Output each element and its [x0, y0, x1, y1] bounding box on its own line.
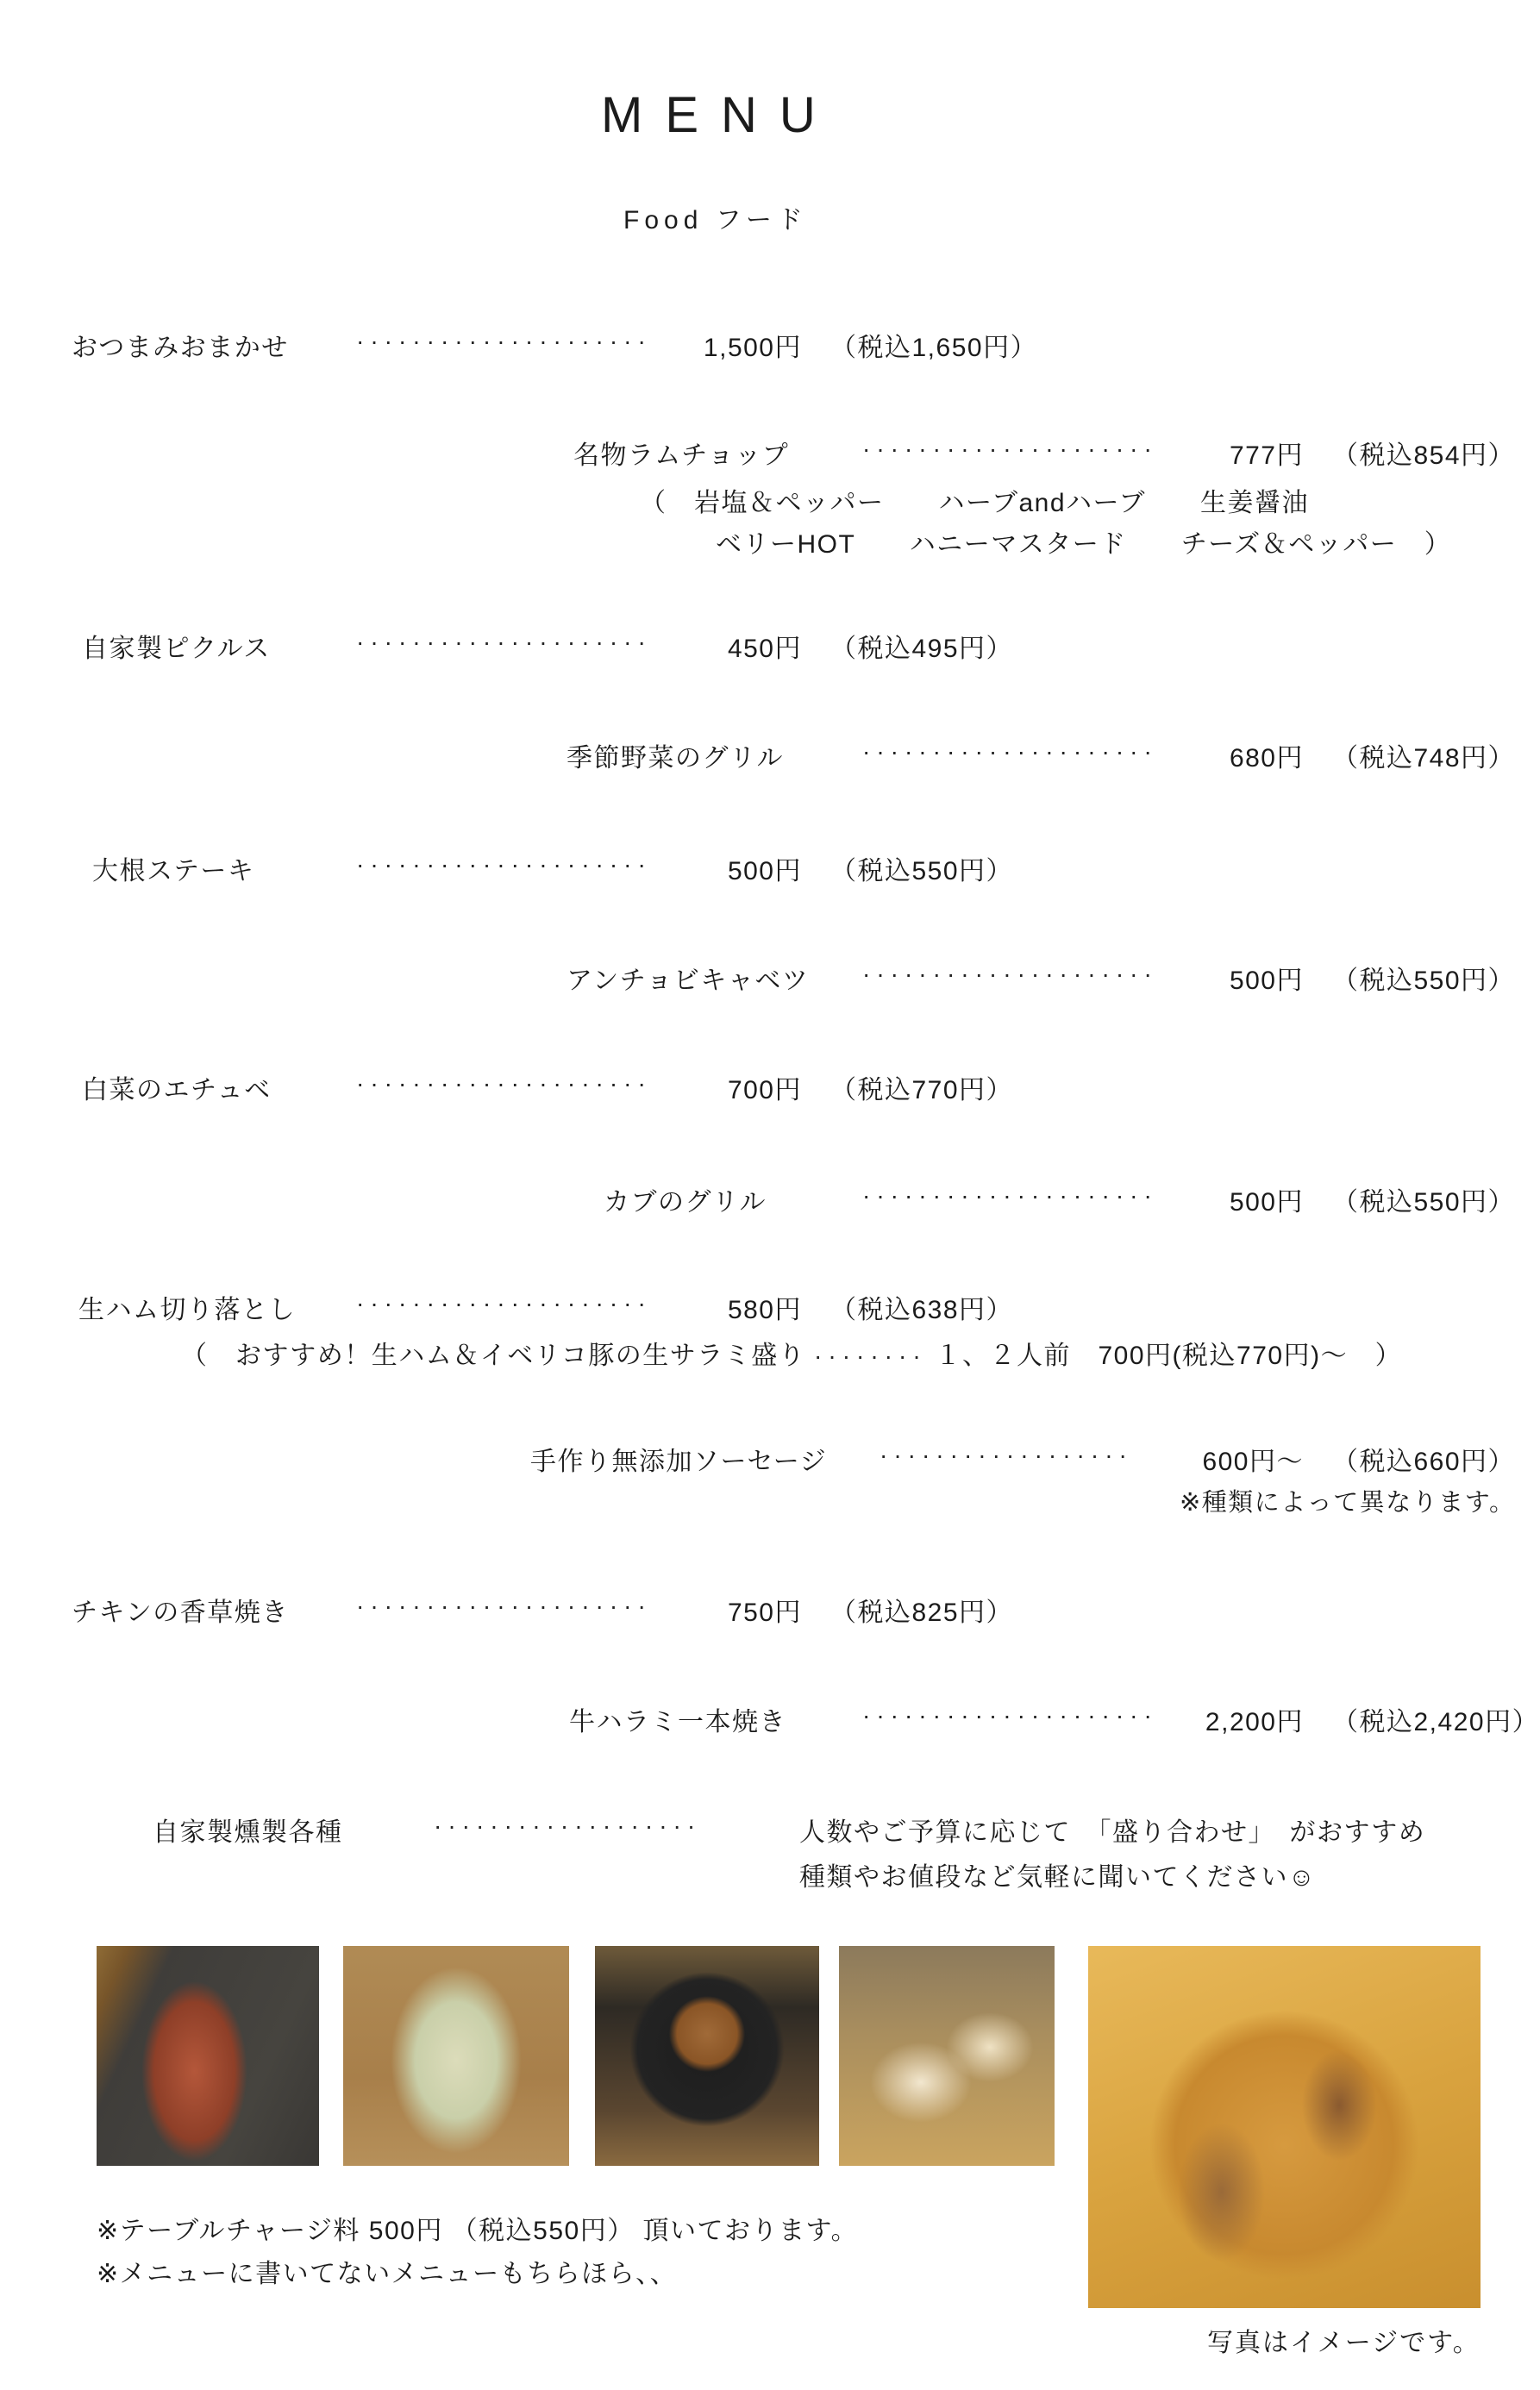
- item-note: （ おすすめ！生ハム＆イベリコ豚の生サラミ盛り ········ １、２人前 7…: [181, 1334, 1402, 1372]
- item-note-text: （ おすすめ！生ハム＆イベリコ豚の生サラミ盛り: [181, 1342, 805, 1370]
- smoked-meat-slices-photo: [97, 1946, 319, 2166]
- menu-item-price: 700円: [604, 1068, 802, 1106]
- dotted-leader: ··················: [880, 1442, 1133, 1469]
- menu-subtitle: Food フード: [623, 198, 808, 236]
- menu-item-price: 500円: [1104, 1180, 1304, 1218]
- flavor-options-line: ベリーHOT ハニーマスタード チーズ＆ペッパー ）: [716, 522, 1451, 560]
- item-note: ※種類によって異なります。: [1180, 1483, 1515, 1518]
- menu-item-price: 500円: [604, 849, 802, 887]
- food-menu-page: MENU Food フード おつまみおまかせ ·················…: [0, 0, 1540, 2390]
- menu-item-tax-price: （税込748円）: [1332, 736, 1515, 774]
- menu-item-price: 750円: [604, 1591, 802, 1629]
- menu-item-name: 牛ハラミ一本焼き: [569, 1700, 786, 1738]
- menu-item-price: 777円: [1104, 434, 1304, 472]
- menu-item-tax-price: （税込2,420円）: [1332, 1700, 1539, 1738]
- dotted-leader: ········: [814, 1342, 927, 1369]
- menu-item-price: 680円: [1104, 736, 1304, 774]
- menu-item-tax-price: （税込638円）: [830, 1288, 1013, 1326]
- menu-item-price: 1,500円: [604, 326, 802, 364]
- footnote: ※テーブルチャージ料 500円 （税込550円） 頂いております。: [97, 2209, 858, 2247]
- menu-title: MENU: [601, 86, 838, 144]
- info-line: 人数やご予算に応じて 「盛り合わせ」 がおすすめ: [799, 1811, 1425, 1849]
- menu-item-price: 580円: [604, 1288, 802, 1326]
- info-line: 種類やお値段など気軽に聞いてください☺: [799, 1855, 1316, 1893]
- menu-item-name: チキンの香草焼き: [72, 1591, 289, 1629]
- lamb-chops-platter-photo: [1088, 1946, 1481, 2308]
- menu-item-tax-price: （税込1,650円）: [830, 326, 1037, 364]
- menu-item-name: 生ハム切り落とし: [78, 1288, 296, 1326]
- grilled-cabbage-photo: [343, 1946, 569, 2166]
- photo-caption: 写真はイメージです。: [1207, 2321, 1481, 2359]
- menu-item-tax-price: （税込495円）: [830, 627, 1013, 665]
- menu-item-tax-price: （税込660円）: [1332, 1440, 1515, 1478]
- flavor-options-line: （ 岩塩＆ペッパー ハーブandハーブ 生姜醤油: [640, 481, 1309, 519]
- item-note-text: １、２人前 700円(税込770円)～ ）: [935, 1342, 1402, 1370]
- menu-item-name: 自家製燻製各種: [153, 1811, 343, 1849]
- menu-item-tax-price: （税込550円）: [1332, 1180, 1515, 1218]
- footnote: ※メニューに書いてないメニューもちらほら、、: [97, 2252, 677, 2290]
- dotted-leader: ···················: [434, 1812, 701, 1840]
- menu-item-price: 500円: [1104, 959, 1304, 997]
- menu-item-name: 手作り無添加ソーセージ: [530, 1440, 827, 1478]
- menu-item-tax-price: （税込825円）: [830, 1591, 1013, 1629]
- menu-item-tax-price: （税込854円）: [1332, 434, 1515, 472]
- menu-item-name: おつまみおまかせ: [72, 326, 289, 364]
- menu-item-name: 名物ラムチョップ: [573, 434, 789, 472]
- menu-item-price: 600円～: [1104, 1440, 1304, 1478]
- grilled-turnips-photo: [839, 1946, 1055, 2166]
- menu-item-tax-price: （税込550円）: [1332, 959, 1515, 997]
- menu-item-name: 大根ステーキ: [92, 849, 254, 887]
- menu-item-name: アンチョビキャベツ: [567, 959, 809, 997]
- menu-item-tax-price: （税込770円）: [830, 1068, 1013, 1106]
- menu-item-price: 450円: [604, 627, 802, 665]
- menu-item-tax-price: （税込550円）: [830, 849, 1013, 887]
- menu-item-name: 自家製ピクルス: [82, 627, 271, 665]
- menu-item-name: カブのグリル: [604, 1180, 767, 1218]
- menu-item-name: 季節野菜のグリル: [567, 736, 784, 774]
- menu-item-price: 2,200円: [1104, 1700, 1304, 1738]
- menu-item-name: 白菜のエチュベ: [82, 1068, 272, 1106]
- iron-skillet-dish-photo: [595, 1946, 819, 2166]
